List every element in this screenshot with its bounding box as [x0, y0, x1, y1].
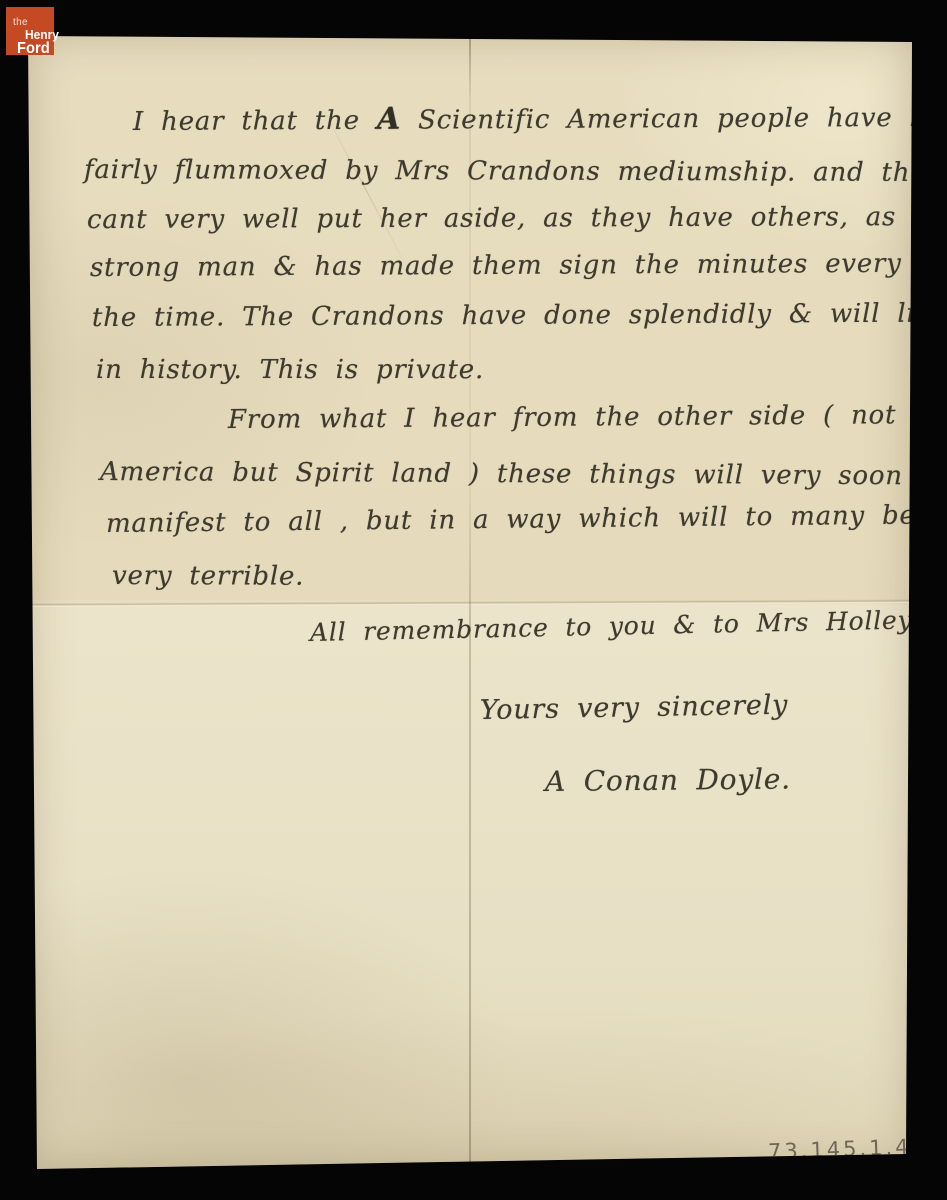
letter-line-05: the time. The Crandons have done splendi… — [92, 299, 947, 333]
catalog-number: 73.145.1.41 — [768, 1134, 929, 1164]
letter-line-10: very terrible. — [112, 561, 304, 592]
line01-pre: I hear that the — [133, 106, 377, 137]
letter-line-08: America but Spirit land ) these things w… — [100, 457, 947, 491]
letter-line-07: From what I hear from the other side ( n… — [228, 400, 897, 435]
line04-pre: strong man & has made them sign the minu… — [90, 248, 947, 283]
letter-line-02: fairly flummoxed by Mrs Crandons mediums… — [84, 155, 942, 188]
letter-line-06: in history. This is private. — [96, 355, 484, 385]
letter-line-03: cant very well put her aside, as they ha… — [87, 202, 947, 235]
letter-signature: A Conan Doyle. — [545, 762, 791, 798]
letter-line-09: manifest to all , but in a way which wil… — [106, 501, 916, 539]
henry-ford-logo: the Henry Ford — [6, 7, 54, 55]
letter-valediction: Yours very sincerely — [480, 690, 789, 726]
letter-closing-line: All remembrance to you & to Mrs Holley — [310, 605, 913, 647]
line01-post: Scientific American people have been — [401, 103, 947, 136]
letter-line-01: I hear that the A Scientific American pe… — [133, 99, 947, 138]
letter-paper: I hear that the A Scientific American pe… — [28, 33, 912, 1169]
logo-text-ford: Ford — [17, 41, 50, 57]
inkblot-correction: A — [377, 102, 401, 137]
letter-line-04: strong man & has made them sign the minu… — [90, 248, 947, 283]
